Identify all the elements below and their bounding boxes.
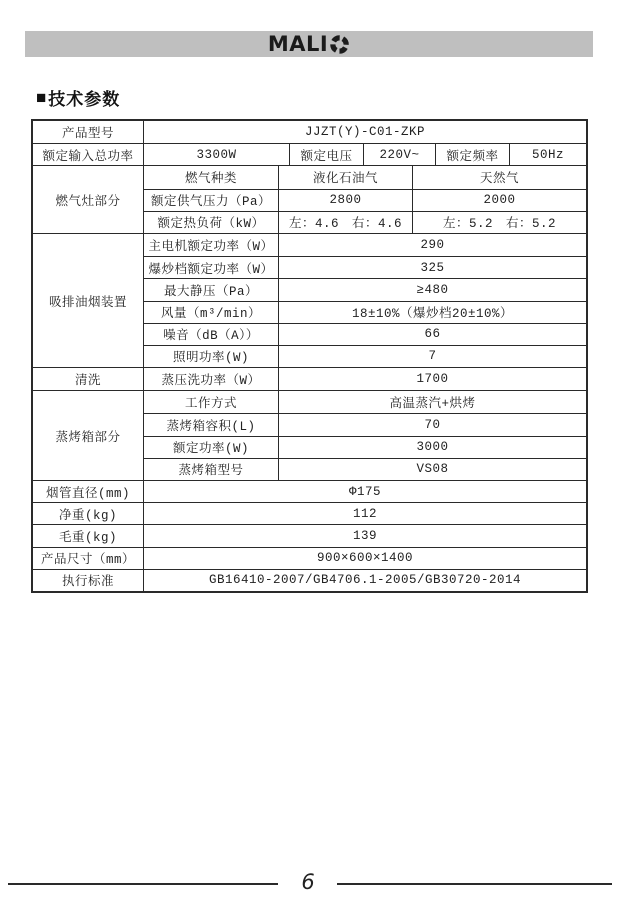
heat-load-lpg: 左：4.6 右：4.6 — [278, 212, 412, 233]
duct-diameter-value: Φ175 — [143, 481, 586, 502]
noise-value: 66 — [278, 324, 586, 345]
boost-power-value: 325 — [278, 257, 586, 278]
gas-pressure-label: 额定供气压力（Pa） — [144, 190, 278, 211]
section-heading: ■ 技术参数 — [36, 85, 120, 110]
noise-label: 噪音（dB（A）） — [144, 324, 278, 345]
table-row-lighting-power: 照明功率(W) 7 — [144, 345, 586, 367]
oven-power-label: 额定功率(W) — [144, 437, 278, 458]
product-model-label: 产品型号 — [33, 121, 143, 143]
brand-band: MALI — [25, 31, 593, 57]
table-row-boost-power: 爆炒档额定功率（W） 325 — [144, 256, 586, 278]
gross-weight-label: 毛重(kg) — [33, 525, 143, 546]
voltage-label: 额定电压 — [289, 144, 363, 165]
table-group-cleaning: 清洗 蒸压洗功率（W） 1700 — [33, 367, 586, 390]
table-group-hood: 吸排油烟装置 主电机额定功率（W） 290 爆炒档额定功率（W） 325 最大静… — [33, 233, 586, 367]
lighting-power-value: 7 — [278, 346, 586, 367]
cleaning-subrows: 蒸压洗功率（W） 1700 — [143, 368, 586, 390]
gas-stove-group-label: 燃气灶部分 — [33, 166, 143, 233]
table-row-product-model: 产品型号 JJZT(Y)-C01-ZKP — [33, 121, 586, 143]
heat-load-label: 额定热负荷（kW） — [144, 212, 278, 233]
hood-group-label: 吸排油烟装置 — [33, 234, 143, 367]
work-mode-value: 高温蒸汽+烘烤 — [278, 391, 586, 413]
air-volume-value: 18±10%（爆炒档20±10%） — [278, 302, 586, 323]
hood-subrows: 主电机额定功率（W） 290 爆炒档额定功率（W） 325 最大静压（Pa） ≥… — [143, 234, 586, 367]
manual-page: { "logo": { "text": "MALI" }, "section":… — [0, 0, 620, 906]
standards-label: 执行标准 — [33, 570, 143, 591]
table-row-gas-type: 燃气种类 液化石油气 天然气 — [144, 166, 586, 188]
heat-load-ng: 左：5.2 右：5.2 — [412, 212, 586, 233]
air-volume-label: 风量（m³/min） — [144, 302, 278, 323]
table-row-product-size: 产品尺寸（mm） 900×600×1400 — [33, 547, 586, 569]
oven-capacity-label: 蒸烤箱容积(L) — [144, 414, 278, 435]
static-pressure-value: ≥480 — [278, 279, 586, 300]
steam-wash-power-value: 1700 — [278, 368, 586, 390]
work-mode-label: 工作方式 — [144, 391, 278, 413]
table-row-gas-pressure: 额定供气压力（Pa） 2800 2000 — [144, 189, 586, 211]
table-row-noise: 噪音（dB（A）） 66 — [144, 323, 586, 345]
section-title: 技术参数 — [48, 85, 120, 110]
table-row-standards: 执行标准 GB16410-2007/GB4706.1-2005/GB30720-… — [33, 569, 586, 591]
lighting-power-label: 照明功率(W) — [144, 346, 278, 367]
table-row-net-weight: 净重(kg) 112 — [33, 502, 586, 524]
table-group-gas-stove: 燃气灶部分 燃气种类 液化石油气 天然气 额定供气压力（Pa） 2800 200… — [33, 165, 586, 233]
gas-pressure-lpg: 2800 — [278, 190, 412, 211]
steam-wash-power-label: 蒸压洗功率（W） — [144, 368, 278, 390]
gas-pressure-ng: 2000 — [412, 190, 586, 211]
oven-capacity-value: 70 — [278, 414, 586, 435]
gas-stove-subrows: 燃气种类 液化石油气 天然气 额定供气压力（Pa） 2800 2000 额定热负… — [143, 166, 586, 233]
gas-type-ng: 天然气 — [412, 166, 586, 188]
gross-weight-value: 139 — [143, 525, 586, 546]
table-row-static-pressure: 最大静压（Pa） ≥480 — [144, 278, 586, 300]
gas-type-label: 燃气种类 — [144, 166, 278, 188]
spec-table: 产品型号 JJZT(Y)-C01-ZKP 额定输入总功率 3300W 额定电压 … — [31, 119, 588, 593]
table-row-motor-power: 主电机额定功率（W） 290 — [144, 234, 586, 256]
standards-value: GB16410-2007/GB4706.1-2005/GB30720-2014 — [143, 570, 586, 591]
net-weight-label: 净重(kg) — [33, 503, 143, 524]
table-row-duct-diameter: 烟管直径(mm) Φ175 — [33, 480, 586, 502]
product-size-label: 产品尺寸（mm） — [33, 548, 143, 569]
frequency-label: 额定频率 — [435, 144, 509, 165]
brand-logo: MALI — [268, 34, 350, 55]
motor-power-value: 290 — [278, 234, 586, 256]
table-row-heat-load: 额定热负荷（kW） 左：4.6 右：4.6 左：5.2 右：5.2 — [144, 211, 586, 233]
input-power-label: 额定输入总功率 — [33, 144, 143, 165]
boost-power-label: 爆炒档额定功率（W） — [144, 257, 278, 278]
gas-type-lpg: 液化石油气 — [278, 166, 412, 188]
oven-power-value: 3000 — [278, 437, 586, 458]
footer-rule-left — [8, 883, 278, 885]
table-group-steam-oven: 蒸烤箱部分 工作方式 高温蒸汽+烘烤 蒸烤箱容积(L) 70 额定功率(W) 3… — [33, 390, 586, 480]
duct-diameter-label: 烟管直径(mm) — [33, 481, 143, 502]
motor-power-label: 主电机额定功率（W） — [144, 234, 278, 256]
product-model-value: JJZT(Y)-C01-ZKP — [143, 121, 586, 143]
page-number: 6 — [288, 870, 328, 894]
table-row-oven-model: 蒸烤箱型号 VS08 — [144, 458, 586, 480]
footer-rule-right — [337, 883, 612, 885]
voltage-value: 220V~ — [363, 144, 435, 165]
segmented-ring-icon — [329, 34, 350, 55]
static-pressure-label: 最大静压（Pa） — [144, 279, 278, 300]
cleaning-group-label: 清洗 — [33, 368, 143, 390]
table-row-gross-weight: 毛重(kg) 139 — [33, 524, 586, 546]
steam-oven-group-label: 蒸烤箱部分 — [33, 391, 143, 480]
table-row-oven-power: 额定功率(W) 3000 — [144, 436, 586, 458]
frequency-value: 50Hz — [509, 144, 586, 165]
steam-oven-subrows: 工作方式 高温蒸汽+烘烤 蒸烤箱容积(L) 70 额定功率(W) 3000 蒸烤… — [143, 391, 586, 480]
brand-logo-text: MALI — [268, 34, 328, 55]
table-row-air-volume: 风量（m³/min） 18±10%（爆炒档20±10%） — [144, 301, 586, 323]
oven-model-value: VS08 — [278, 459, 586, 480]
table-row-oven-capacity: 蒸烤箱容积(L) 70 — [144, 413, 586, 435]
section-marker-icon: ■ — [36, 88, 47, 108]
table-row-input-power: 额定输入总功率 3300W 额定电压 220V~ 额定频率 50Hz — [33, 143, 586, 165]
product-size-value: 900×600×1400 — [143, 548, 586, 569]
input-power-value: 3300W — [143, 144, 289, 165]
net-weight-value: 112 — [143, 503, 586, 524]
table-row-work-mode: 工作方式 高温蒸汽+烘烤 — [144, 391, 586, 413]
oven-model-label: 蒸烤箱型号 — [144, 459, 278, 480]
table-row-steam-wash-power: 蒸压洗功率（W） 1700 — [144, 368, 586, 390]
